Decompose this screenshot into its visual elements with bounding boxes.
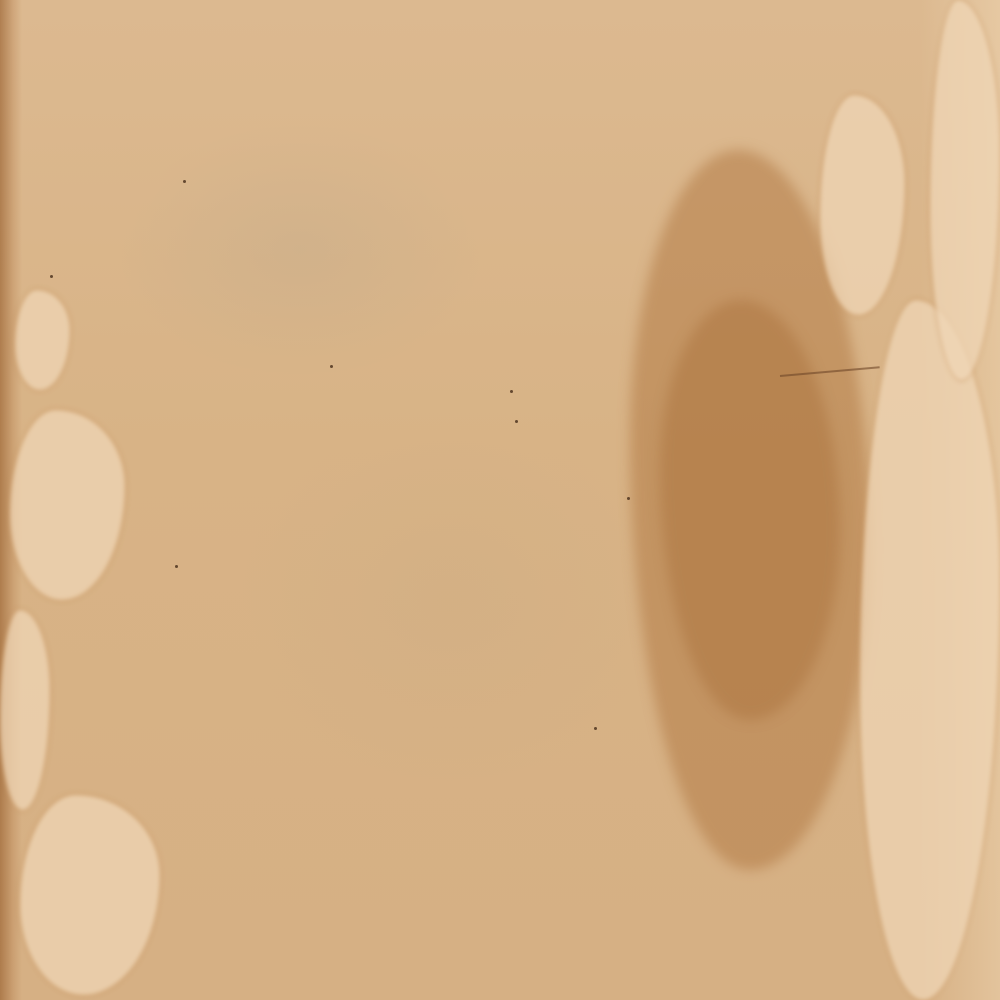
dust-speck	[510, 390, 513, 393]
faded-patch	[0, 610, 50, 810]
faded-patch	[820, 95, 905, 315]
dust-speck	[515, 420, 518, 423]
paper-crack	[780, 366, 880, 377]
dust-speck	[627, 497, 630, 500]
faded-patch	[10, 410, 125, 600]
faded-right-edge	[920, 0, 1000, 1000]
dust-speck	[175, 565, 178, 568]
dust-speck	[50, 275, 53, 278]
dust-speck	[183, 180, 186, 183]
faded-patch	[860, 300, 1000, 1000]
faded-patch	[20, 795, 160, 995]
burnt-left-edge	[0, 0, 22, 1000]
faded-patch	[15, 290, 70, 390]
water-stain	[660, 300, 840, 720]
water-stain	[630, 150, 870, 870]
dust-speck	[594, 727, 597, 730]
dust-speck	[330, 365, 333, 368]
faded-patch	[930, 0, 1000, 380]
aged-paper-texture	[0, 0, 1000, 1000]
